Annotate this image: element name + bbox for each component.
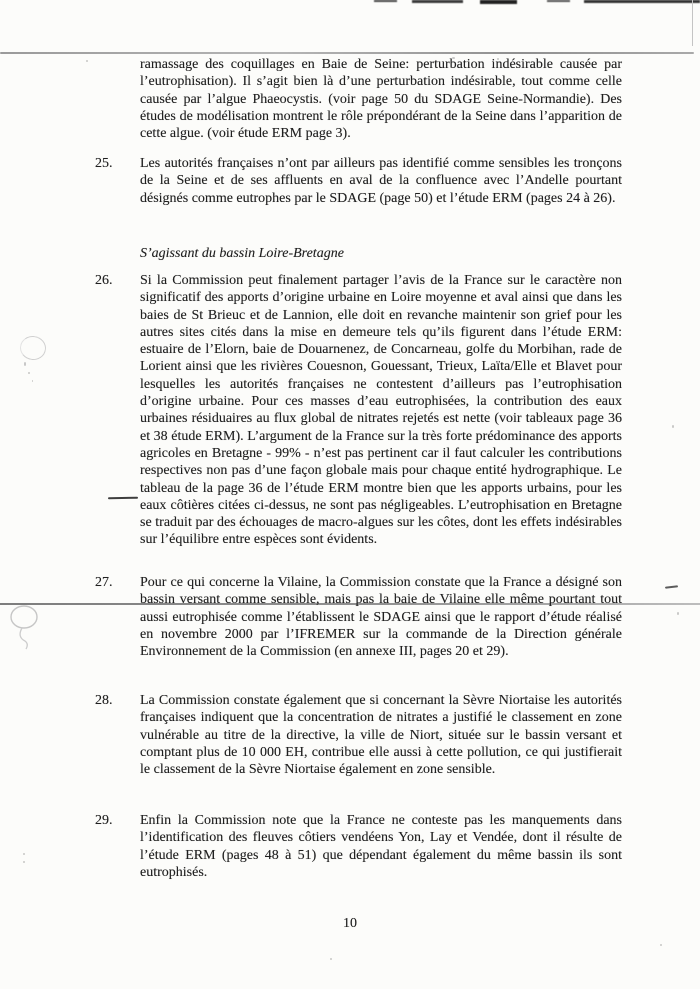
scan-speck: [330, 958, 332, 960]
page-number: 10: [0, 916, 700, 932]
scanned-document-page: ramassage des coquillages en Baie de Sei…: [0, 0, 700, 989]
scan-speck: [28, 372, 30, 374]
scan-edge-line: [692, 0, 693, 46]
scan-top-bar-segment: [547, 0, 570, 2]
scan-speck: [23, 861, 25, 863]
paragraph-text: Enfin la Commission note que la France n…: [140, 812, 622, 881]
paragraph-number: 29.: [95, 812, 113, 829]
paragraph-25: 25. Les autorités françaises n’ont par a…: [95, 155, 622, 207]
paragraph-27: 27. Pour ce qui concerne la Vilaine, la …: [95, 574, 622, 660]
scan-speck: [660, 944, 662, 946]
paragraph-28: 28. La Commission constate également que…: [95, 692, 622, 778]
scan-top-bar-segment: [374, 0, 397, 2]
scan-top-bar-segment: [584, 0, 700, 3]
scan-top-bar-segment: [412, 0, 463, 3]
scan-speck: [24, 362, 26, 366]
scan-speck: [32, 380, 33, 382]
section-heading: S’agissant du bassin Loire-Bretagne: [140, 246, 344, 262]
scan-speck: [672, 425, 674, 428]
margin-circle-mark: [18, 334, 47, 361]
paragraph-number: 27.: [95, 574, 113, 591]
paragraph-26: 26. Si la Commission peut finalement par…: [95, 272, 622, 549]
paragraph-number: 28.: [95, 692, 113, 709]
paragraph-number: 26.: [95, 272, 113, 289]
paragraph-number: 25.: [95, 155, 113, 172]
pen-squiggle-mark: [6, 604, 48, 652]
paragraph-text: Les autorités françaises n’ont par aille…: [140, 155, 622, 207]
paragraph-text: La Commission constate également que si …: [140, 692, 622, 778]
scan-hairline-top: [0, 52, 694, 54]
scan-speck: [86, 60, 88, 62]
handwritten-tick-mark: [665, 585, 678, 588]
paragraph-29: 29. Enfin la Commission note que la Fran…: [95, 812, 622, 881]
paragraph-text: Si la Commission peut finalement partage…: [140, 272, 622, 549]
paragraph-text: ramassage des coquillages en Baie de Sei…: [140, 56, 622, 142]
scan-speck: [677, 612, 679, 615]
paragraph-continuation: ramassage des coquillages en Baie de Sei…: [140, 56, 622, 142]
scan-speck: [23, 853, 25, 855]
scan-top-bar-segment: [480, 0, 517, 4]
paragraph-text: Pour ce qui concerne la Vilaine, la Comm…: [140, 574, 622, 660]
